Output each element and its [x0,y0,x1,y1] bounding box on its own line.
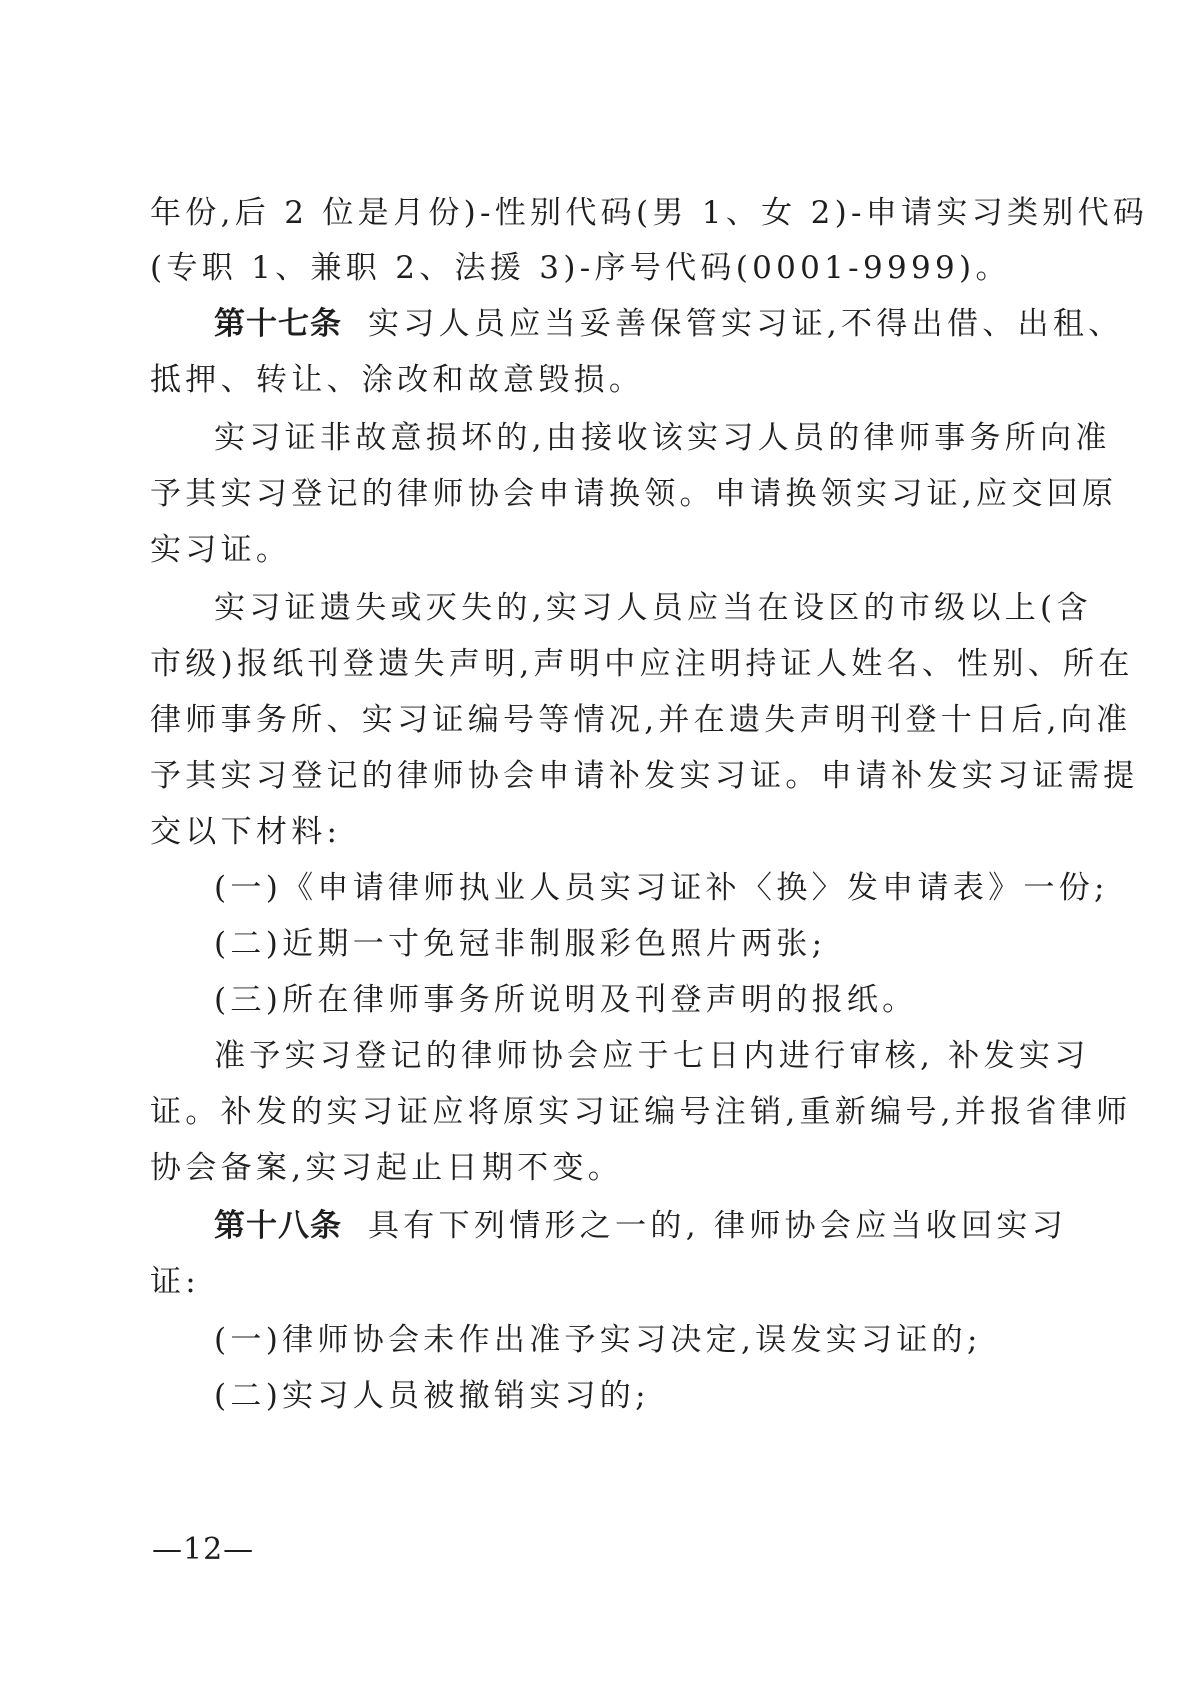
list-item: (二)实习人员被撤销实习的; [214,1376,650,1416]
article-number: 第十七条 [214,306,342,342]
body-text-line: 实习证。 [150,530,291,570]
list-item: (三)所在律师事务所说明及刊登声明的报纸。 [214,980,918,1020]
article-18-paragraph: 第十八条具有下列情形之一的, 律师协会应当收回实习 [214,1206,1067,1246]
body-text-line: 市级)报纸刊登遗失声明,声明中应注明持证人姓名、性别、所在 [150,644,1134,684]
body-text-line: 抵押、转让、涂改和故意毁损。 [150,360,644,400]
body-text-line: 交以下材料: [150,812,341,852]
body-text-line: (专职 1、兼职 2、法援 3)-序号代码(0001-9999)。 [150,248,1011,288]
body-text-line: 予其实习登记的律师协会申请补发实习证。申请补发实习证需提 [150,756,1138,796]
list-item: (一)律师协会未作出准予实习决定,误发实习证的; [214,1320,982,1360]
list-item: (二)近期一寸免冠非制服彩色照片两张; [214,924,826,964]
article-text: 实习人员应当妥善保管实习证,不得出借、出租、 [368,306,1123,342]
article-text: 具有下列情形之一的, 律师协会应当收回实习 [368,1208,1067,1244]
body-text-line: 实习证非故意损坏的,由接收该实习人员的律师事务所向准 [214,418,1111,458]
article-17-paragraph: 第十七条实习人员应当妥善保管实习证,不得出借、出租、 [214,304,1123,344]
body-text-line: 证: [150,1262,200,1302]
body-text-line: 律师事务所、实习证编号等情况,并在遗失声明刊登十日后,向准 [150,700,1131,740]
article-number: 第十八条 [214,1208,342,1244]
list-item: (一)《申请律师执业人员实习证补〈换〉发申请表》一份; [214,868,1109,908]
page-number: —12— [152,1530,254,1570]
body-text-line: 准予实习登记的律师协会应于七日内进行审核, 补发实习 [214,1036,1090,1076]
body-text-line: 证。补发的实习证应将原实习证编号注销,重新编号,并报省律师 [150,1092,1131,1132]
body-text-line: 协会备案,实习起止日期不变。 [150,1148,623,1188]
body-text-line: 年份,后 2 位是月份)-性别代码(男 1、女 2)-申请实习类别代码 [150,193,1148,233]
body-text-line: 实习证遗失或灭失的,实习人员应当在设区的市级以上(含 [214,588,1092,628]
body-text-line: 予其实习登记的律师协会申请换领。申请换领实习证,应交回原 [150,474,1117,514]
